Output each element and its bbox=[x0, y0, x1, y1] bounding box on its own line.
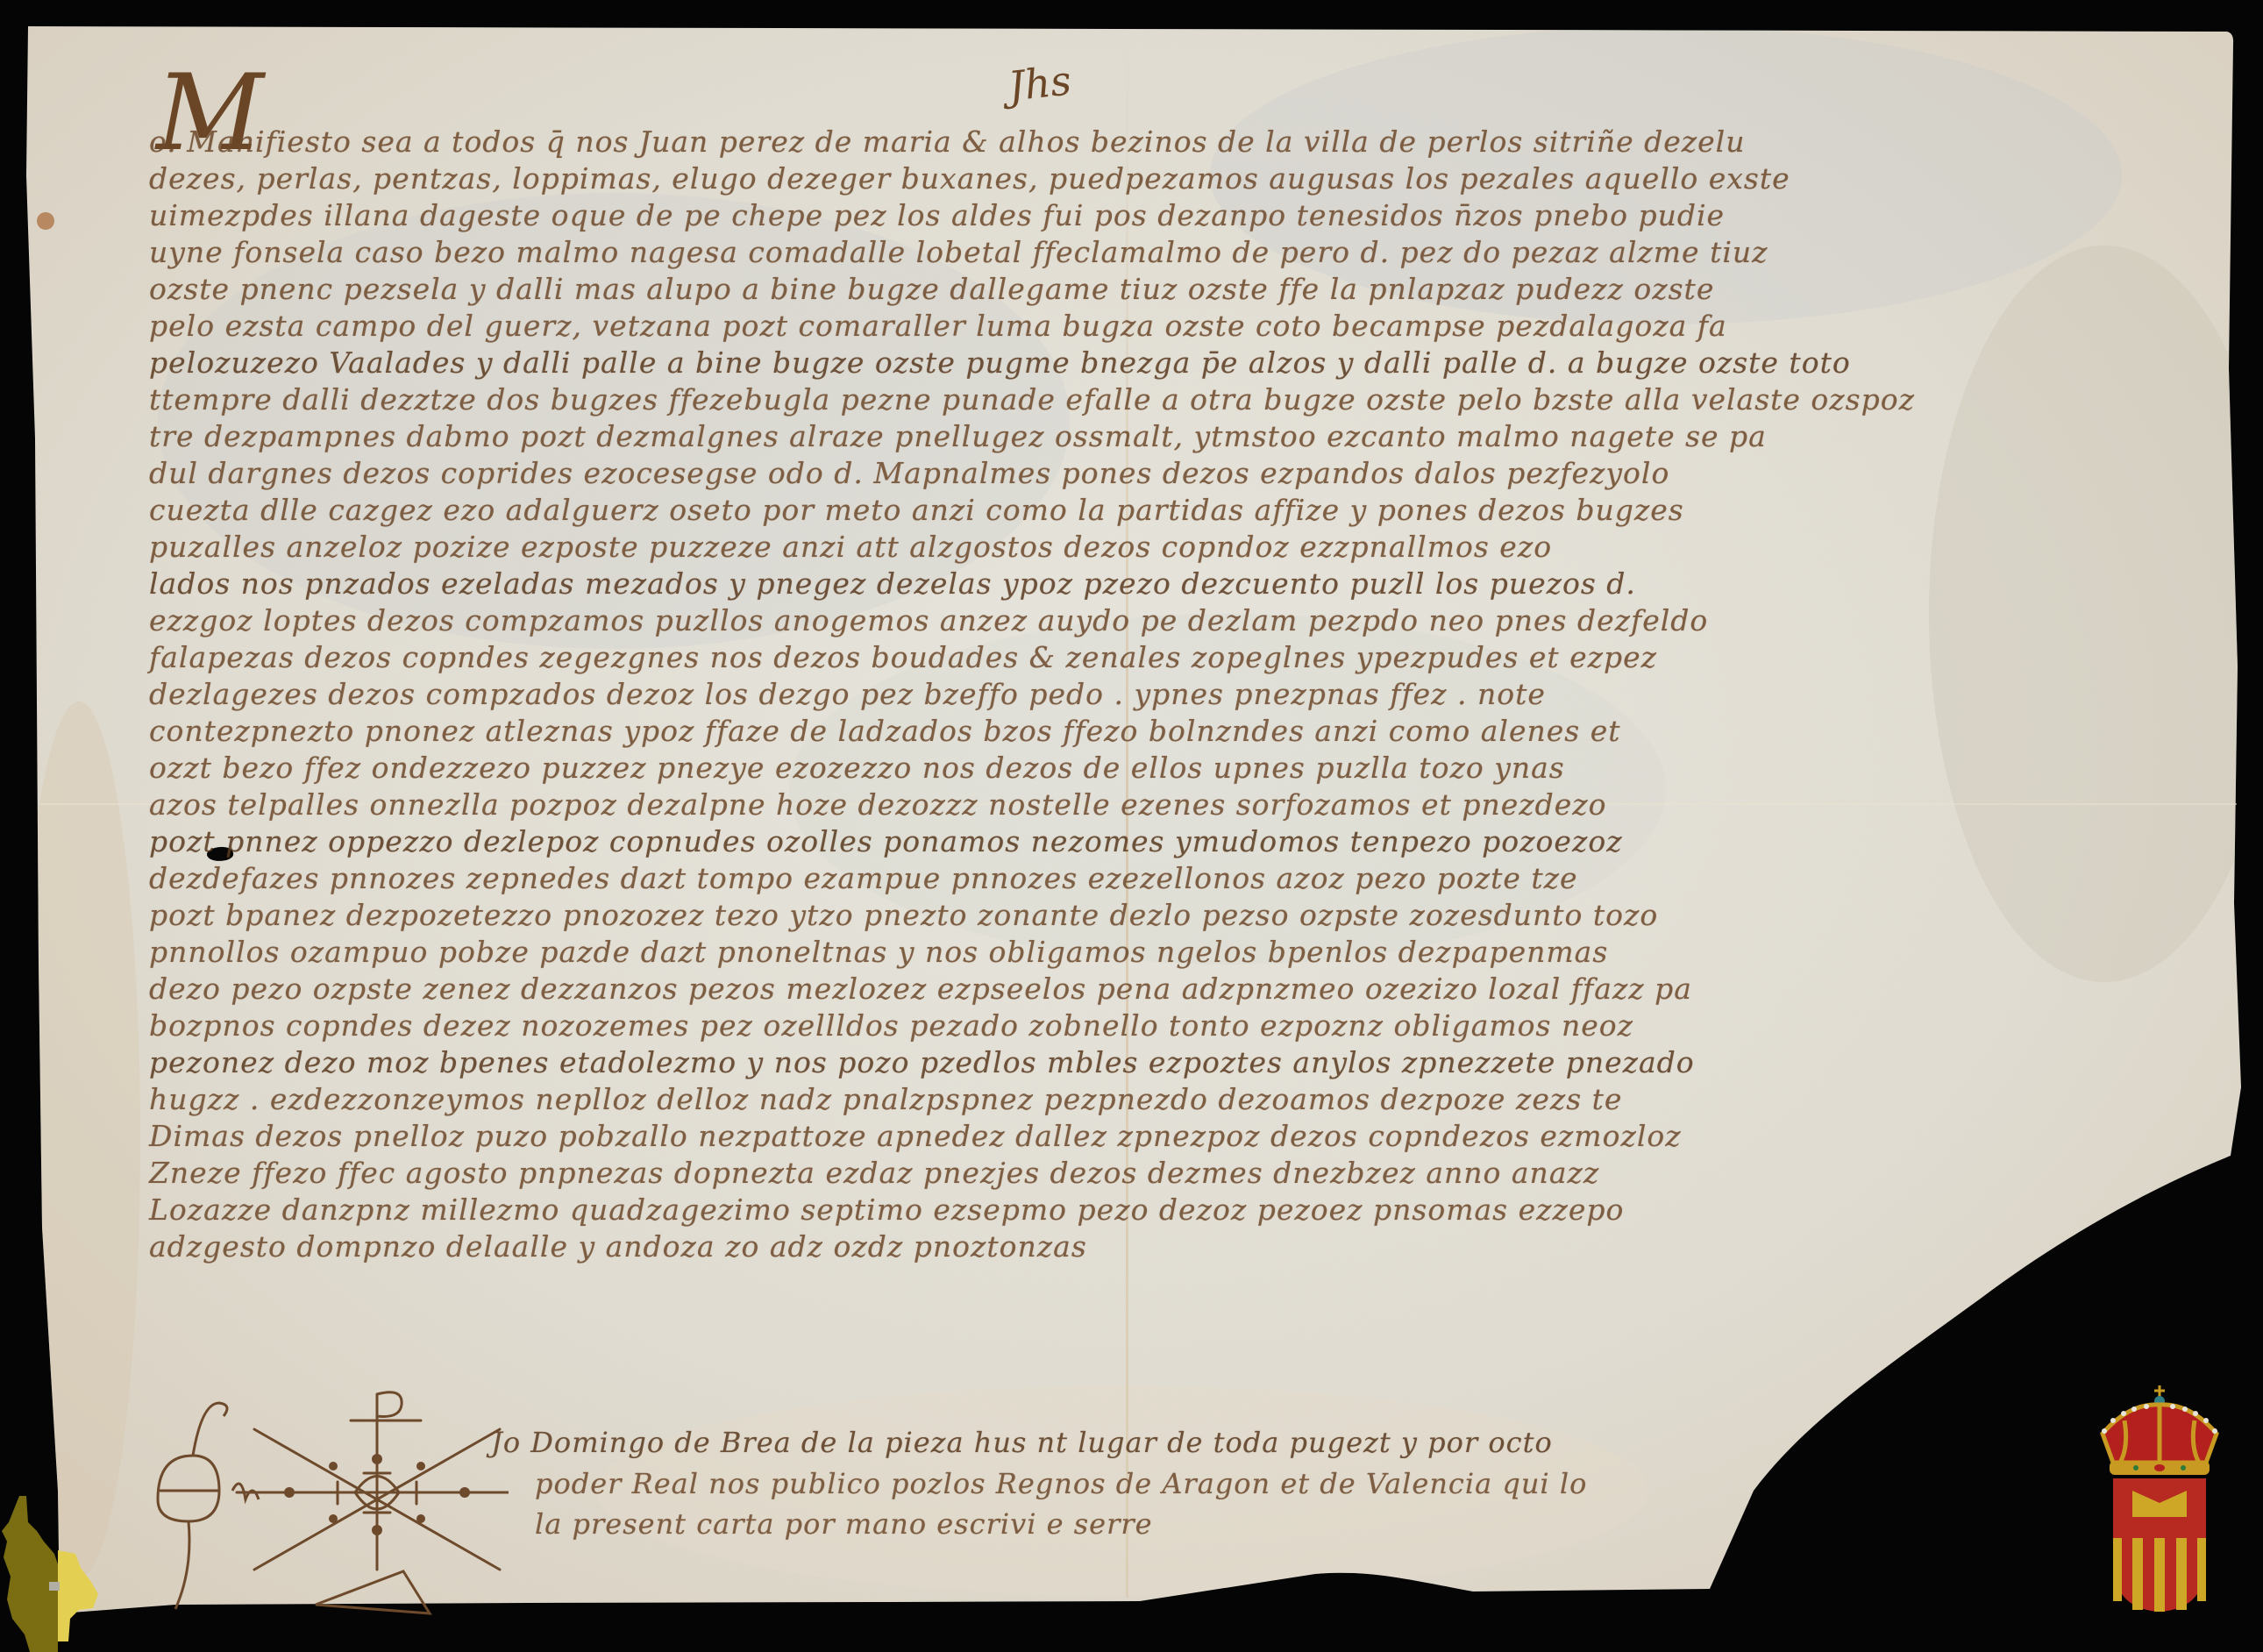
subscription-line: la present carta por mano escrivi e serr… bbox=[535, 1506, 1153, 1542]
subscription-line: Jo Domingo de Brea de la pieza hus nt lu… bbox=[491, 1425, 1553, 1460]
coat-of-arms-icon bbox=[2094, 1385, 2225, 1613]
region-map-icon bbox=[0, 1496, 105, 1652]
signum-icon bbox=[140, 1368, 509, 1631]
subscription-line: poder Real nos publico pozlos Regnos de … bbox=[535, 1466, 1587, 1501]
manuscript-photo: Jhs M o. Manifiesto sea a todos q̄ nos J… bbox=[0, 0, 2263, 1652]
